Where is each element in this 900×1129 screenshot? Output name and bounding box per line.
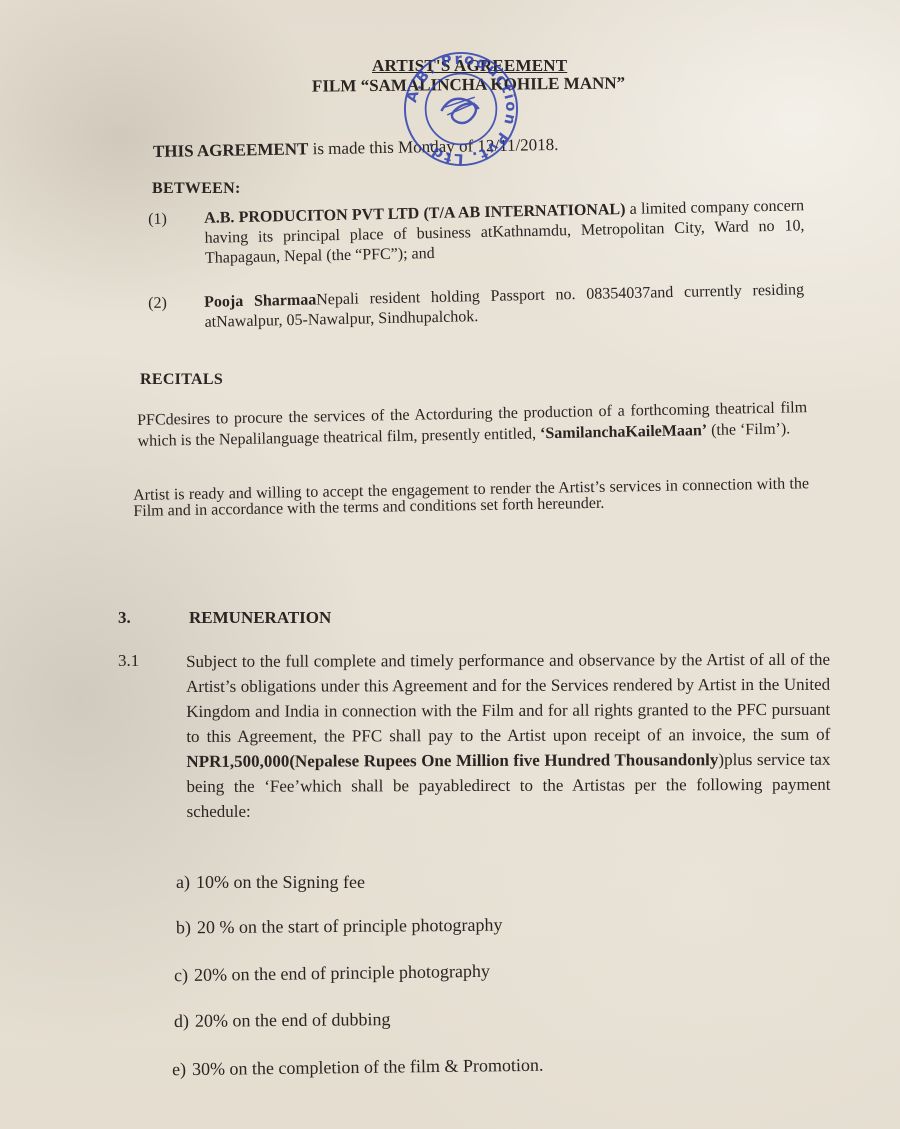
party-text: Pooja SharmaaNepali resident holding Pas… — [204, 280, 805, 333]
party-text: A.B. PRODUCITON PVT LTD (T/A AB INTERNAT… — [204, 196, 805, 269]
clause-number: 3.1 — [118, 651, 139, 671]
agreement-date-line: THIS AGREEMENT is made this Monday of 12… — [153, 135, 559, 162]
schedule-text: 20 % on the start of principle photograp… — [197, 915, 503, 938]
recital-paragraph-1: PFCdesires to procure the services of th… — [137, 397, 808, 452]
agreement-lead: THIS AGREEMENT — [153, 139, 309, 161]
schedule-letter: c) — [174, 965, 188, 985]
fee-amount: NPR1,500,000(Nepalese Rupees One Million… — [186, 750, 718, 771]
section-number: 3. — [118, 608, 131, 628]
document-page: ARTIST'S AGREEMENT FILM “SAMALINCHA KOHI… — [0, 0, 900, 1129]
schedule-letter: d) — [174, 1011, 189, 1031]
schedule-text: 10% on the Signing fee — [196, 872, 365, 892]
schedule-text: 20% on the end of dubbing — [195, 1009, 391, 1031]
party-1: (1) A.B. PRODUCITON PVT LTD (T/A AB INTE… — [148, 196, 809, 280]
agreement-date-text: is made this Monday of 12/11/2018. — [308, 135, 558, 158]
schedule-text: 30% on the completion of the film & Prom… — [192, 1055, 544, 1079]
party-number: (2) — [148, 294, 167, 314]
schedule-letter: e) — [172, 1059, 186, 1079]
party-2: (2) Pooja SharmaaNepali resident holding… — [148, 280, 809, 344]
section-title: REMUNERATION — [189, 608, 331, 628]
schedule-text: 20% on the end of principle photography — [194, 961, 490, 985]
schedule-item: b)20 % on the start of principle photogr… — [176, 915, 503, 939]
recitals-heading: RECITALS — [140, 371, 223, 389]
schedule-item: d)20% on the end of dubbing — [174, 1009, 391, 1032]
film-title: FILM “SAMALINCHA KOHILE MANN” — [312, 73, 625, 96]
schedule-letter: a) — [176, 872, 190, 892]
party-name: Pooja Sharmaa — [204, 291, 316, 310]
clause-body: Subject to the full complete and timely … — [186, 647, 831, 824]
recital-paragraph-2: Artist is ready and willing to accept th… — [133, 476, 809, 520]
party-number: (1) — [148, 210, 167, 230]
schedule-item: a)10% on the Signing fee — [176, 872, 365, 893]
film-name: ‘SamilanchaKaileMaan’ — [540, 422, 707, 442]
schedule-item: e)30% on the completion of the film & Pr… — [172, 1055, 544, 1081]
clause-text: Subject to the full complete and timely … — [186, 650, 830, 746]
recital-text-end: (the ‘Film’). — [707, 420, 790, 439]
schedule-letter: b) — [176, 917, 191, 937]
between-heading: BETWEEN: — [152, 180, 241, 198]
agreement-title: ARTIST'S AGREEMENT — [372, 56, 567, 76]
schedule-item: c)20% on the end of principle photograph… — [174, 961, 490, 986]
